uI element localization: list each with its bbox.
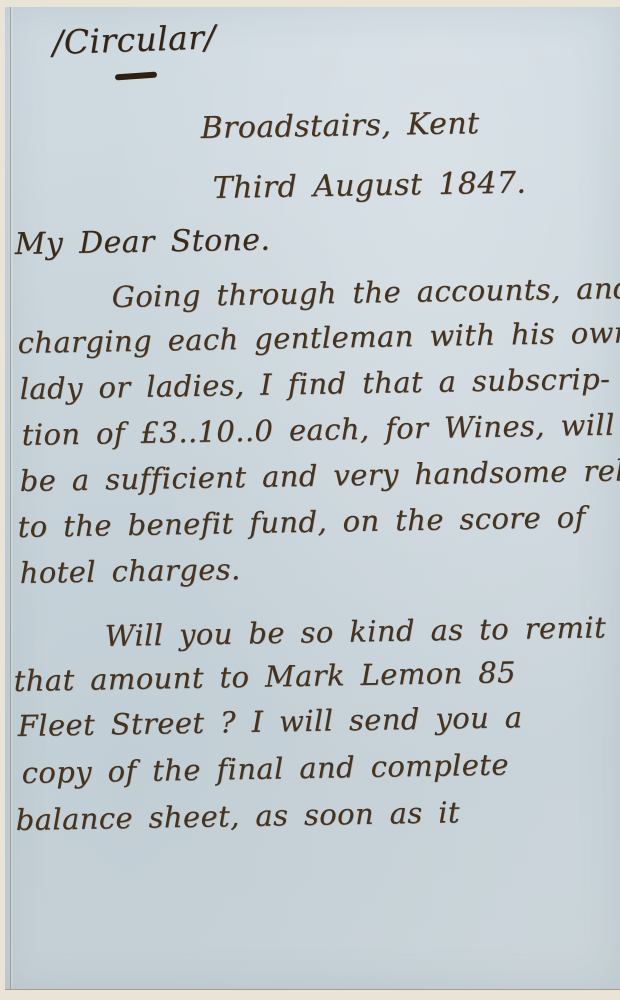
body-line: hotel charges. (19, 552, 241, 590)
body-line: be a sufficient and very handsome relief (19, 453, 620, 498)
salutation: My Dear Stone. (14, 223, 270, 262)
body-line: Will you be so kind as to remit (104, 610, 606, 653)
body-line: lady or ladies, I find that a subscrip- (19, 362, 610, 406)
body-line: Going through the accounts, and (111, 271, 620, 314)
body-line: tion of £3..10..0 each, for Wines, will (21, 408, 615, 452)
body-line: balance sheet, as soon as it (15, 795, 460, 837)
place-line: Broadstairs, Kent (200, 106, 479, 146)
left-fold-line (10, 7, 11, 989)
scan-background: /Circular/ Broadstairs, Kent Third Augus… (0, 0, 620, 1000)
letter-page: /Circular/ Broadstairs, Kent Third Augus… (5, 7, 620, 990)
circular-underline (115, 72, 157, 81)
body-line: Fleet Street ? I will send you a (17, 700, 522, 743)
date-line: Third August 1847. (212, 166, 526, 206)
body-line: copy of the final and complete (21, 748, 509, 790)
body-line: to the benefit fund, on the score of (17, 500, 586, 544)
circular-annotation: /Circular/ (52, 17, 217, 62)
body-line: charging each gentleman with his own (17, 315, 620, 360)
body-line: that amount to Mark Lemon 85 (13, 655, 516, 698)
